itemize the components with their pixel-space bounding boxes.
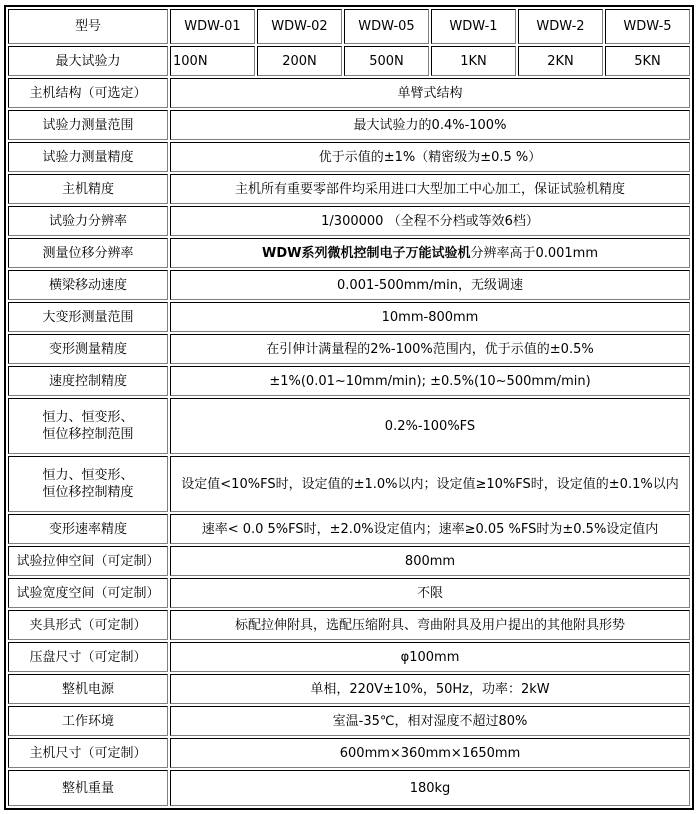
spec-row: 恒力、恒变形、 恒位移控制精度 设定值<10%FS时，设定值的±1.0%以内；设…	[8, 456, 690, 512]
spec-value: 单相，220V±10%，50Hz，功率：2kW	[170, 674, 690, 704]
spec-value: 室温-35℃，相对湿度不超过80%	[170, 706, 690, 736]
spec-label: 试验宽度空间（可定制）	[8, 578, 168, 608]
model-row-label: 型号	[8, 9, 168, 44]
spec-label: 大变形测量范围	[8, 302, 168, 332]
spec-label: 工作环境	[8, 706, 168, 736]
spec-row: 测量位移分辨率 WDW系列微机控制电子万能试验机分辨率高于0.001mm	[8, 238, 690, 268]
spec-value: ±1%(0.01~10mm/min); ±0.5%(10~500mm/min)	[170, 366, 690, 396]
spec-value: 不限	[170, 578, 690, 608]
model-cell: WDW-1	[431, 9, 516, 44]
spec-label: 恒力、恒变形、 恒位移控制精度	[8, 456, 168, 512]
spec-row: 压盘尺寸（可定制） φ100mm	[8, 642, 690, 672]
max-force-cell: 5KN	[605, 46, 690, 76]
max-force-cell: 2KN	[518, 46, 603, 76]
spec-value: 800mm	[170, 546, 690, 576]
spec-row: 主机结构（可选定） 单臂式结构	[8, 78, 690, 108]
spec-value: 0.2%-100%FS	[170, 398, 690, 454]
spec-label: 测量位移分辨率	[8, 238, 168, 268]
spec-value: 主机所有重要零部件均采用进口大型加工中心加工，保证试验机精度	[170, 174, 690, 204]
spec-label: 变形测量精度	[8, 334, 168, 364]
model-row: 型号 WDW-01 WDW-02 WDW-05 WDW-1 WDW-2 WDW-…	[8, 9, 690, 44]
spec-label: 压盘尺寸（可定制）	[8, 642, 168, 672]
max-force-cell: 1KN	[431, 46, 516, 76]
spec-value: φ100mm	[170, 642, 690, 672]
spec-label: 恒力、恒变形、 恒位移控制范围	[8, 398, 168, 454]
spec-row: 试验宽度空间（可定制） 不限	[8, 578, 690, 608]
spec-label: 试验力测量精度	[8, 142, 168, 172]
spec-value: 设定值<10%FS时，设定值的±1.0%以内；设定值≥10%FS时，设定值的±0…	[170, 456, 690, 512]
spec-value: 10mm-800mm	[170, 302, 690, 332]
page: 型号 WDW-01 WDW-02 WDW-05 WDW-1 WDW-2 WDW-…	[0, 0, 698, 814]
spec-value: 在引伸计满量程的2%-100%范围内，优于示值的±0.5%	[170, 334, 690, 364]
spec-label: 整机重量	[8, 770, 168, 806]
spec-row: 恒力、恒变形、 恒位移控制范围 0.2%-100%FS	[8, 398, 690, 454]
model-cell: WDW-01	[170, 9, 255, 44]
spec-row: 整机重量 180kg	[8, 770, 690, 806]
spec-value: 单臂式结构	[170, 78, 690, 108]
spec-label: 试验力测量范围	[8, 110, 168, 140]
spec-label: 主机结构（可选定）	[8, 78, 168, 108]
spec-value: 180kg	[170, 770, 690, 806]
spec-value: 600mm×360mm×1650mm	[170, 738, 690, 768]
spec-row: 工作环境 室温-35℃，相对湿度不超过80%	[8, 706, 690, 736]
spec-row: 试验力测量范围 最大试验力的0.4%-100%	[8, 110, 690, 140]
model-cell: WDW-05	[344, 9, 429, 44]
spec-row: 大变形测量范围 10mm-800mm	[8, 302, 690, 332]
spec-label: 主机精度	[8, 174, 168, 204]
model-cell: WDW-5	[605, 9, 690, 44]
spec-table: 型号 WDW-01 WDW-02 WDW-05 WDW-1 WDW-2 WDW-…	[4, 5, 694, 810]
spec-label: 变形速率精度	[8, 514, 168, 544]
spec-value: 优于示值的±1%（精密级为±0.5 %）	[170, 142, 690, 172]
max-force-cell: 100N	[170, 46, 255, 76]
max-force-row-label: 最大试验力	[8, 46, 168, 76]
model-cell: WDW-02	[257, 9, 342, 44]
spec-row: 试验力测量精度 优于示值的±1%（精密级为±0.5 %）	[8, 142, 690, 172]
spec-value: 0.001-500mm/min，无级调速	[170, 270, 690, 300]
spec-row: 变形测量精度 在引伸计满量程的2%-100%范围内，优于示值的±0.5%	[8, 334, 690, 364]
spec-value: 最大试验力的0.4%-100%	[170, 110, 690, 140]
model-cell: WDW-2	[518, 9, 603, 44]
spec-value: WDW系列微机控制电子万能试验机分辨率高于0.001mm	[170, 238, 690, 268]
spec-label: 主机尺寸（可定制）	[8, 738, 168, 768]
spec-row: 主机尺寸（可定制） 600mm×360mm×1650mm	[8, 738, 690, 768]
max-force-cell: 200N	[257, 46, 342, 76]
spec-value-rest: 分辨率高于0.001mm	[470, 246, 598, 261]
spec-row: 横梁移动速度 0.001-500mm/min，无级调速	[8, 270, 690, 300]
spec-row: 主机精度 主机所有重要零部件均采用进口大型加工中心加工，保证试验机精度	[8, 174, 690, 204]
spec-row: 整机电源 单相，220V±10%，50Hz，功率：2kW	[8, 674, 690, 704]
spec-label: 整机电源	[8, 674, 168, 704]
max-force-row: 最大试验力 100N 200N 500N 1KN 2KN 5KN	[8, 46, 690, 76]
spec-value: 速率< 0.0 5%FS时，±2.0%设定值内；速率≥0.05 %FS时为±0.…	[170, 514, 690, 544]
spec-row: 速度控制精度 ±1%(0.01~10mm/min); ±0.5%(10~500m…	[8, 366, 690, 396]
spec-label: 试验拉伸空间（可定制）	[8, 546, 168, 576]
spec-row: 夹具形式（可定制） 标配拉伸附具，选配压缩附具、弯曲附具及用户提出的其他附具形势	[8, 610, 690, 640]
product-name-bold: WDW系列微机控制电子万能试验机	[262, 246, 470, 261]
spec-value: 1/300000 （全程不分档或等效6档）	[170, 206, 690, 236]
spec-label: 速度控制精度	[8, 366, 168, 396]
spec-row: 试验拉伸空间（可定制） 800mm	[8, 546, 690, 576]
spec-value: 标配拉伸附具，选配压缩附具、弯曲附具及用户提出的其他附具形势	[170, 610, 690, 640]
spec-label: 试验力分辨率	[8, 206, 168, 236]
spec-label: 横梁移动速度	[8, 270, 168, 300]
spec-row: 变形速率精度 速率< 0.0 5%FS时，±2.0%设定值内；速率≥0.05 %…	[8, 514, 690, 544]
max-force-cell: 500N	[344, 46, 429, 76]
spec-label: 夹具形式（可定制）	[8, 610, 168, 640]
spec-row: 试验力分辨率 1/300000 （全程不分档或等效6档）	[8, 206, 690, 236]
